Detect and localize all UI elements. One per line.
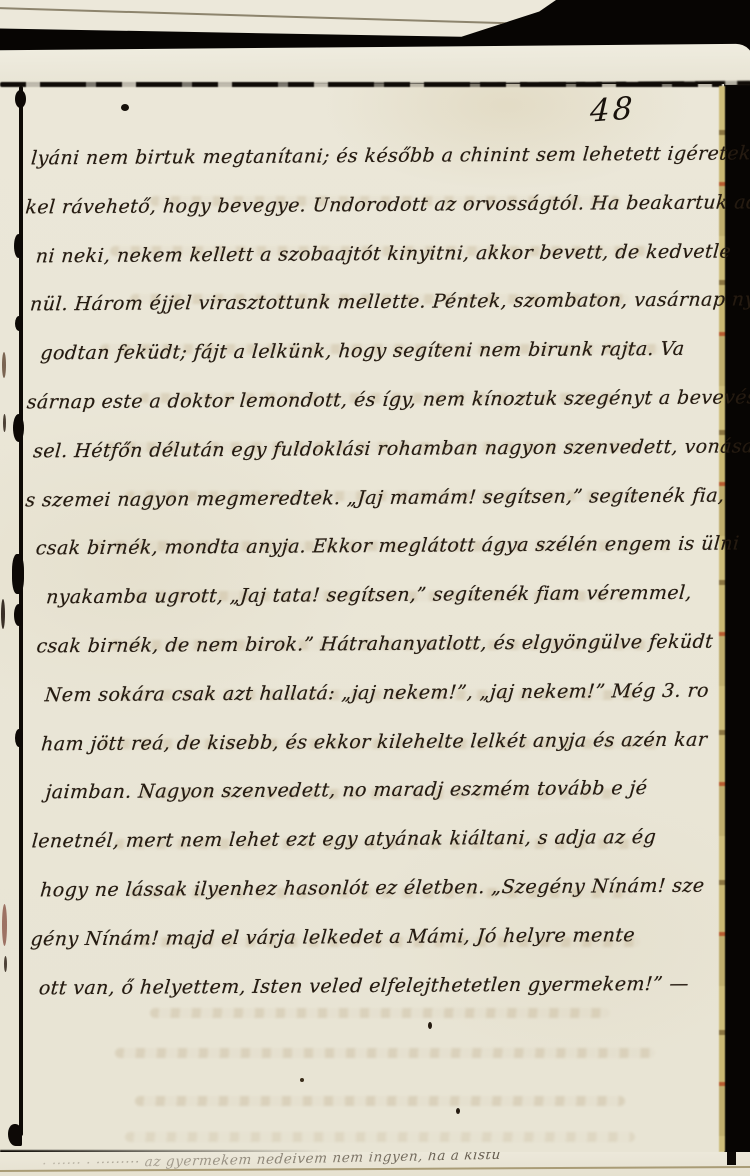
handwritten-line: nül. Három éjjel virasztottunk mellette.… [28,276,718,330]
margin-speck [3,414,6,432]
handwritten-line: jaimban. Nagyon szenvedett, no maradj es… [44,764,722,818]
handwritten-line: ni neki, nekem kellett a szobaajtót kiny… [34,227,718,281]
ink-blob [13,414,24,442]
handwritten-line: sárnap este a doktor lemondott, és így, … [25,374,719,428]
handwritten-line: lenetnél, mert nem lehet ezt egy atyának… [30,813,722,867]
margin-speck [2,904,7,946]
ink-speck [428,1022,432,1029]
bleed-through-line [125,1132,635,1142]
ink-dot [121,104,129,111]
handwritten-text-block: lyáni nem birtuk megtanítani; és később … [23,130,721,1013]
scanned-manuscript-photo: 48 lyáni nem birtuk megtanítani; és késő… [0,0,750,1176]
page-number: 48 [589,90,636,129]
handwritten-line: ham jött reá, de kisebb, és ekkor kilehe… [39,715,721,769]
sheet-edge-line [0,7,534,25]
handwritten-line: hogy ne lássak ilyenhez hasonlót ez élet… [38,862,722,916]
margin-speck [4,956,7,972]
ink-blob [14,604,23,626]
ink-blob [14,234,23,258]
ink-speck [300,1078,304,1082]
handwritten-line: nyakamba ugrott, „Jaj tata! segítsen,” s… [44,569,720,623]
ink-blob [12,554,24,594]
handwritten-line: Nem sokára csak azt hallatá: „jaj nekem!… [43,666,721,720]
bleed-through-line [115,1048,655,1058]
ink-blob [8,1124,22,1146]
ink-speck [456,1108,460,1114]
previous-page-edge [0,0,556,46]
next-page-strip: · ······ · ········· az gyermekem nedeiv… [0,1152,750,1176]
margin-speck [1,599,5,629]
bleed-through-line [135,1096,625,1106]
margin-speck [2,352,6,378]
handwritten-line: ott van, ő helyettem, Isten veled elfele… [37,959,723,1013]
handwritten-line: kel rávehető, hogy bevegye. Undorodott a… [23,178,717,232]
handwritten-line: lyáni nem birtuk megtanítani; és később … [29,130,717,184]
handwritten-line: sel. Hétfőn délután egy fuldoklási roham… [31,422,719,476]
page-top-edge [0,82,722,87]
manuscript-page: 48 lyáni nem birtuk megtanítani; és késő… [0,84,724,1152]
dark-notch [727,1152,736,1165]
handwritten-line: csak birnék, mondta anyja. Ekkor megláto… [34,520,720,574]
handwritten-line: csak birnék, de nem birok.” Hátrahanyatl… [35,618,721,672]
handwritten-line: s szemei nagyon megmeredtek. „Jaj mamám!… [24,471,720,525]
handwritten-line: godtan feküdt; fájt a lelkünk, hogy segí… [39,325,719,379]
handwritten-line: gény Nínám! majd el várja lelkedet a Mám… [29,910,723,964]
ink-blob [15,316,23,331]
ink-blob [15,729,23,747]
ink-blob [15,90,26,108]
